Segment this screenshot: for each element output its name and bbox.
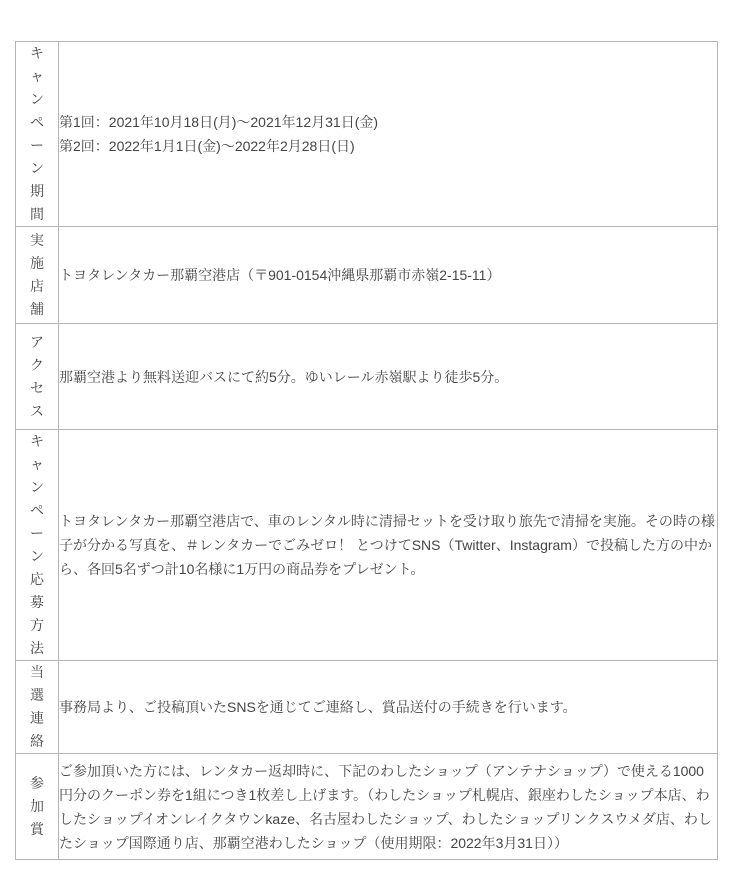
access-text: 那覇空港より無料送迎バスにて約5分。ゆいレール赤嶺駅より徒歩5分。 bbox=[59, 365, 717, 389]
row-label-participation-prize: 参加賞 bbox=[29, 772, 45, 841]
row-content-cell: 那覇空港より無料送迎バスにて約5分。ゆいレール赤嶺駅より徒歩5分。 bbox=[59, 324, 718, 430]
row-content-cell: トヨタレンタカー那覇空港店（〒901-0154沖縄県那覇市赤嶺2-15-11） bbox=[59, 227, 718, 324]
row-label-cell: 当選連絡 bbox=[16, 661, 59, 754]
participation-prize-text: ご参加頂いた方には、レンタカー返却時に、下記のわしたショップ（アンテナショップ）… bbox=[59, 759, 717, 855]
page: キャンペーン期間 第1回：2021年10月18日(月)〜2021年12月31日(… bbox=[0, 0, 740, 889]
row-label-cell: キャンペーン応募方法 bbox=[16, 430, 59, 661]
row-label-cell: 実施店舗 bbox=[16, 227, 59, 324]
campaign-info-table: キャンペーン期間 第1回：2021年10月18日(月)〜2021年12月31日(… bbox=[15, 41, 718, 860]
table-row-winner-notification: 当選連絡 事務局より、ご投稿頂いたSNSを通じてご連絡し、賞品送付の手続きを行い… bbox=[16, 661, 718, 754]
row-label-store: 実施店舗 bbox=[29, 229, 45, 321]
row-label-access: アクセス bbox=[29, 331, 45, 423]
row-label-cell: 参加賞 bbox=[16, 754, 59, 860]
row-label-cell: キャンペーン期間 bbox=[16, 42, 59, 227]
row-content-cell: 事務局より、ご投稿頂いたSNSを通じてご連絡し、賞品送付の手続きを行います。 bbox=[59, 661, 718, 754]
row-label-campaign-period: キャンペーン期間 bbox=[29, 42, 45, 226]
row-label-winner-notification: 当選連絡 bbox=[29, 661, 45, 753]
row-content-cell: トヨタレンタカー那覇空港店で、車のレンタル時に清掃セットを受け取り旅先で清掃を実… bbox=[59, 430, 718, 661]
row-content-cell: ご参加頂いた方には、レンタカー返却時に、下記のわしたショップ（アンテナショップ）… bbox=[59, 754, 718, 860]
table-row-participation-prize: 参加賞 ご参加頂いた方には、レンタカー返却時に、下記のわしたショップ（アンテナシ… bbox=[16, 754, 718, 860]
table-row-store: 実施店舗 トヨタレンタカー那覇空港店（〒901-0154沖縄県那覇市赤嶺2-15… bbox=[16, 227, 718, 324]
table-row-access: アクセス 那覇空港より無料送迎バスにて約5分。ゆいレール赤嶺駅より徒歩5分。 bbox=[16, 324, 718, 430]
store-text: トヨタレンタカー那覇空港店（〒901-0154沖縄県那覇市赤嶺2-15-11） bbox=[59, 263, 717, 287]
table-row-entry-method: キャンペーン応募方法 トヨタレンタカー那覇空港店で、車のレンタル時に清掃セットを… bbox=[16, 430, 718, 661]
campaign-period-text: 第1回：2021年10月18日(月)〜2021年12月31日(金) 第2回：20… bbox=[59, 110, 717, 158]
row-label-entry-method: キャンペーン応募方法 bbox=[29, 430, 45, 660]
table-row-campaign-period: キャンペーン期間 第1回：2021年10月18日(月)〜2021年12月31日(… bbox=[16, 42, 718, 227]
row-content-cell: 第1回：2021年10月18日(月)〜2021年12月31日(金) 第2回：20… bbox=[59, 42, 718, 227]
winner-notification-text: 事務局より、ご投稿頂いたSNSを通じてご連絡し、賞品送付の手続きを行います。 bbox=[59, 695, 717, 719]
entry-method-text: トヨタレンタカー那覇空港店で、車のレンタル時に清掃セットを受け取り旅先で清掃を実… bbox=[59, 509, 717, 581]
row-label-cell: アクセス bbox=[16, 324, 59, 430]
